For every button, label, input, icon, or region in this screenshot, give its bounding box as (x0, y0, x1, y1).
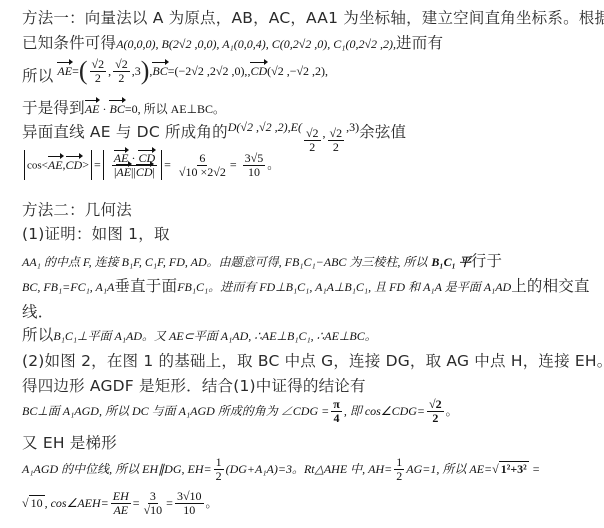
part1-line2: BC, FB₁=FC₁, A₁A垂直于面FB₁C₁。进而有 FD⊥B₁C₁, A… (22, 274, 590, 296)
method1-intro-line: 方法一：向量法以 A 为原点，AB，AC，AA1 为坐标轴，建立空间直角坐标系。… (22, 6, 604, 28)
AE-x-fraction: √22 (90, 58, 107, 84)
vector-BC: BC (152, 64, 167, 79)
part2-midline-line: A₁AGD 的中位线, 所以 EH∥DG, EH=12(DG+A₁A)=3。Rt… (22, 456, 540, 482)
part2-angle-line: BC⊥面 A₁AGD, 所以 DC 与面 A₁AGD 所成的角为 ∠CDG =π… (22, 398, 458, 424)
method1-cosine-formula: cos<AE,CD>= AE · CD|AE||CD|= 6√10 ×2√2= … (22, 150, 279, 180)
half-fraction: 12 (394, 456, 404, 482)
math-solution-document: 方法一：向量法以 A 为原点，AB，AC，AA1 为坐标轴，建立空间直角坐标系。… (0, 0, 604, 528)
final-result-fraction: 3√1010 (175, 490, 204, 516)
EH-over-AE-fraction: EHAE (111, 490, 131, 516)
vector-AE: AE (57, 64, 72, 79)
part1-conclusion: 所以B₁C₁⊥平面 A₁AD。又 AE⊂平面 A₁AD, ∴AE⊥B₁C₁, ∴… (22, 323, 377, 345)
half-fraction: 12 (214, 456, 224, 482)
part2-line1: (2)如图 2，在图 1 的基础上，取 BC 中点 G，连接 DG，取 AG 中… (22, 349, 604, 371)
vector-CD: CD (250, 64, 267, 79)
method1-angle-line: 异面直线 AE 与 DC 所成角的D(√2 ,√2 ,2),E(√22,√22,… (22, 120, 406, 153)
coordinates-suffix: 进而有 (396, 34, 443, 52)
part2-line2: 得四边形 AGDF 是矩形．结合(1)中证得的结论有 (22, 374, 366, 396)
sqrt2-over-2-fraction: √22 (427, 398, 444, 424)
method1-coordinates-line: 已知条件可得A(0,0,0), B(2√2 ,0,0), A₁(0,0,4), … (22, 31, 443, 53)
coordinates-prefix: 已知条件可得 (22, 34, 116, 52)
three-over-sqrt10-fraction: 3√10 (142, 490, 165, 516)
part1-line3: 线． (22, 300, 53, 322)
part2-final-line: √10, cos∠AEH=EHAE=3√10=3√1010。 (22, 490, 218, 516)
vector-AE: AE (85, 102, 100, 117)
part2-trapezoid-line: 又 EH 是梯形 (22, 431, 117, 453)
E-y-fraction: √22 (328, 127, 345, 153)
method2-title: 方法二：几何法 (22, 198, 132, 220)
method1-vectors-line: 所以 AE=(√22,√22,3),BC=(−2√2 ,2√2 ,0),,CD(… (22, 58, 328, 86)
vectors-prefix: 所以 (22, 67, 53, 85)
AE-y-fraction: √22 (113, 58, 130, 84)
part1-intro: (1)证明：如图 1，取 (22, 222, 170, 244)
E-x-fraction: √22 (304, 127, 321, 153)
cosine-fraction: AE · CD|AE||CD| (112, 152, 157, 178)
pi-over-4-fraction: π4 (331, 398, 342, 424)
cosine-value-fraction: 6√10 ×2√2 (177, 152, 228, 178)
cosine-result-fraction: 3√510 (243, 152, 266, 178)
method1-dot-product-line: 于是得到AE · BC=0, 所以 AE⊥BC。 (22, 96, 225, 118)
part1-line1: AA₁ 的中点 F, 连接 B₁F, C₁F, FD, AD。由题意可得, FB… (22, 249, 502, 271)
vector-BC: BC (109, 102, 124, 117)
coordinates-points: A(0,0,0), B(2√2 ,0,0), A₁(0,0,4), C(0,2√… (116, 37, 396, 51)
